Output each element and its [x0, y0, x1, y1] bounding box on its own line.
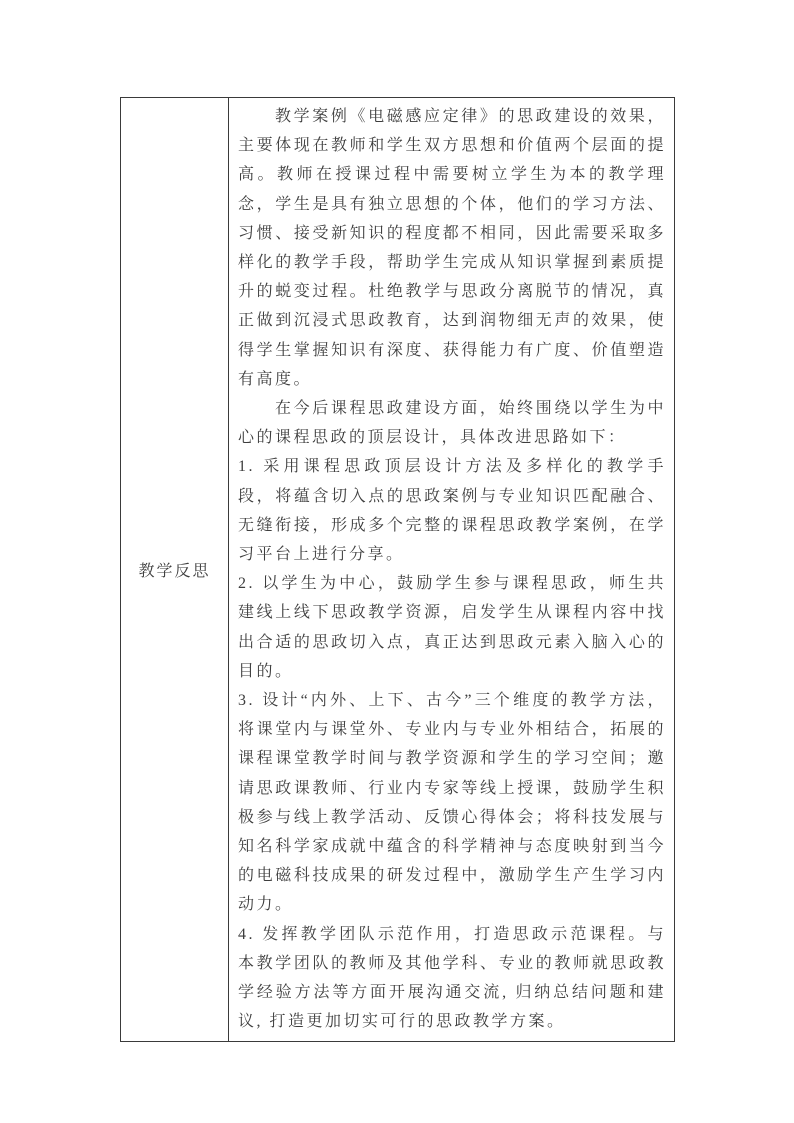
paragraph: 在今后课程思政建设方面，始终围绕以学生为中心的课程思政的顶层设计，具体改进思路如…: [238, 394, 666, 452]
reflection-content-cell: 教学案例《电磁感应定律》的思政建设的效果，主要体现在教师和学生双方思想和价值两个…: [229, 98, 675, 1042]
paragraph: 2. 以学生为中心，鼓励学生参与课程思政，师生共建线上线下思政教学资源，启发学生…: [238, 569, 666, 686]
paragraph: 3. 设计“内外、上下、古今”三个维度的教学方法，将课堂内与课堂外、专业内与专业…: [238, 686, 666, 920]
table-row: 教学反思 教学案例《电磁感应定律》的思政建设的效果，主要体现在教师和学生双方思想…: [121, 98, 675, 1042]
document-page: 教学反思 教学案例《电磁感应定律》的思政建设的效果，主要体现在教师和学生双方思想…: [0, 0, 794, 1123]
paragraph: 教学案例《电磁感应定律》的思政建设的效果，主要体现在教师和学生双方思想和价值两个…: [238, 102, 666, 394]
row-label: 教学反思: [138, 563, 210, 580]
reflection-paragraphs: 教学案例《电磁感应定律》的思政建设的效果，主要体现在教师和学生双方思想和价值两个…: [238, 102, 666, 1037]
paragraph: 1. 采用课程思政顶层设计方法及多样化的教学手段，将蕴含切入点的思政案例与专业知…: [238, 452, 666, 569]
row-header-cell: 教学反思: [121, 98, 229, 1042]
paragraph: 4. 发挥教学团队示范作用，打造思政示范课程。与本教学团队的教师及其他学科、专业…: [238, 920, 666, 1037]
lesson-plan-table: 教学反思 教学案例《电磁感应定律》的思政建设的效果，主要体现在教师和学生双方思想…: [120, 97, 675, 1042]
